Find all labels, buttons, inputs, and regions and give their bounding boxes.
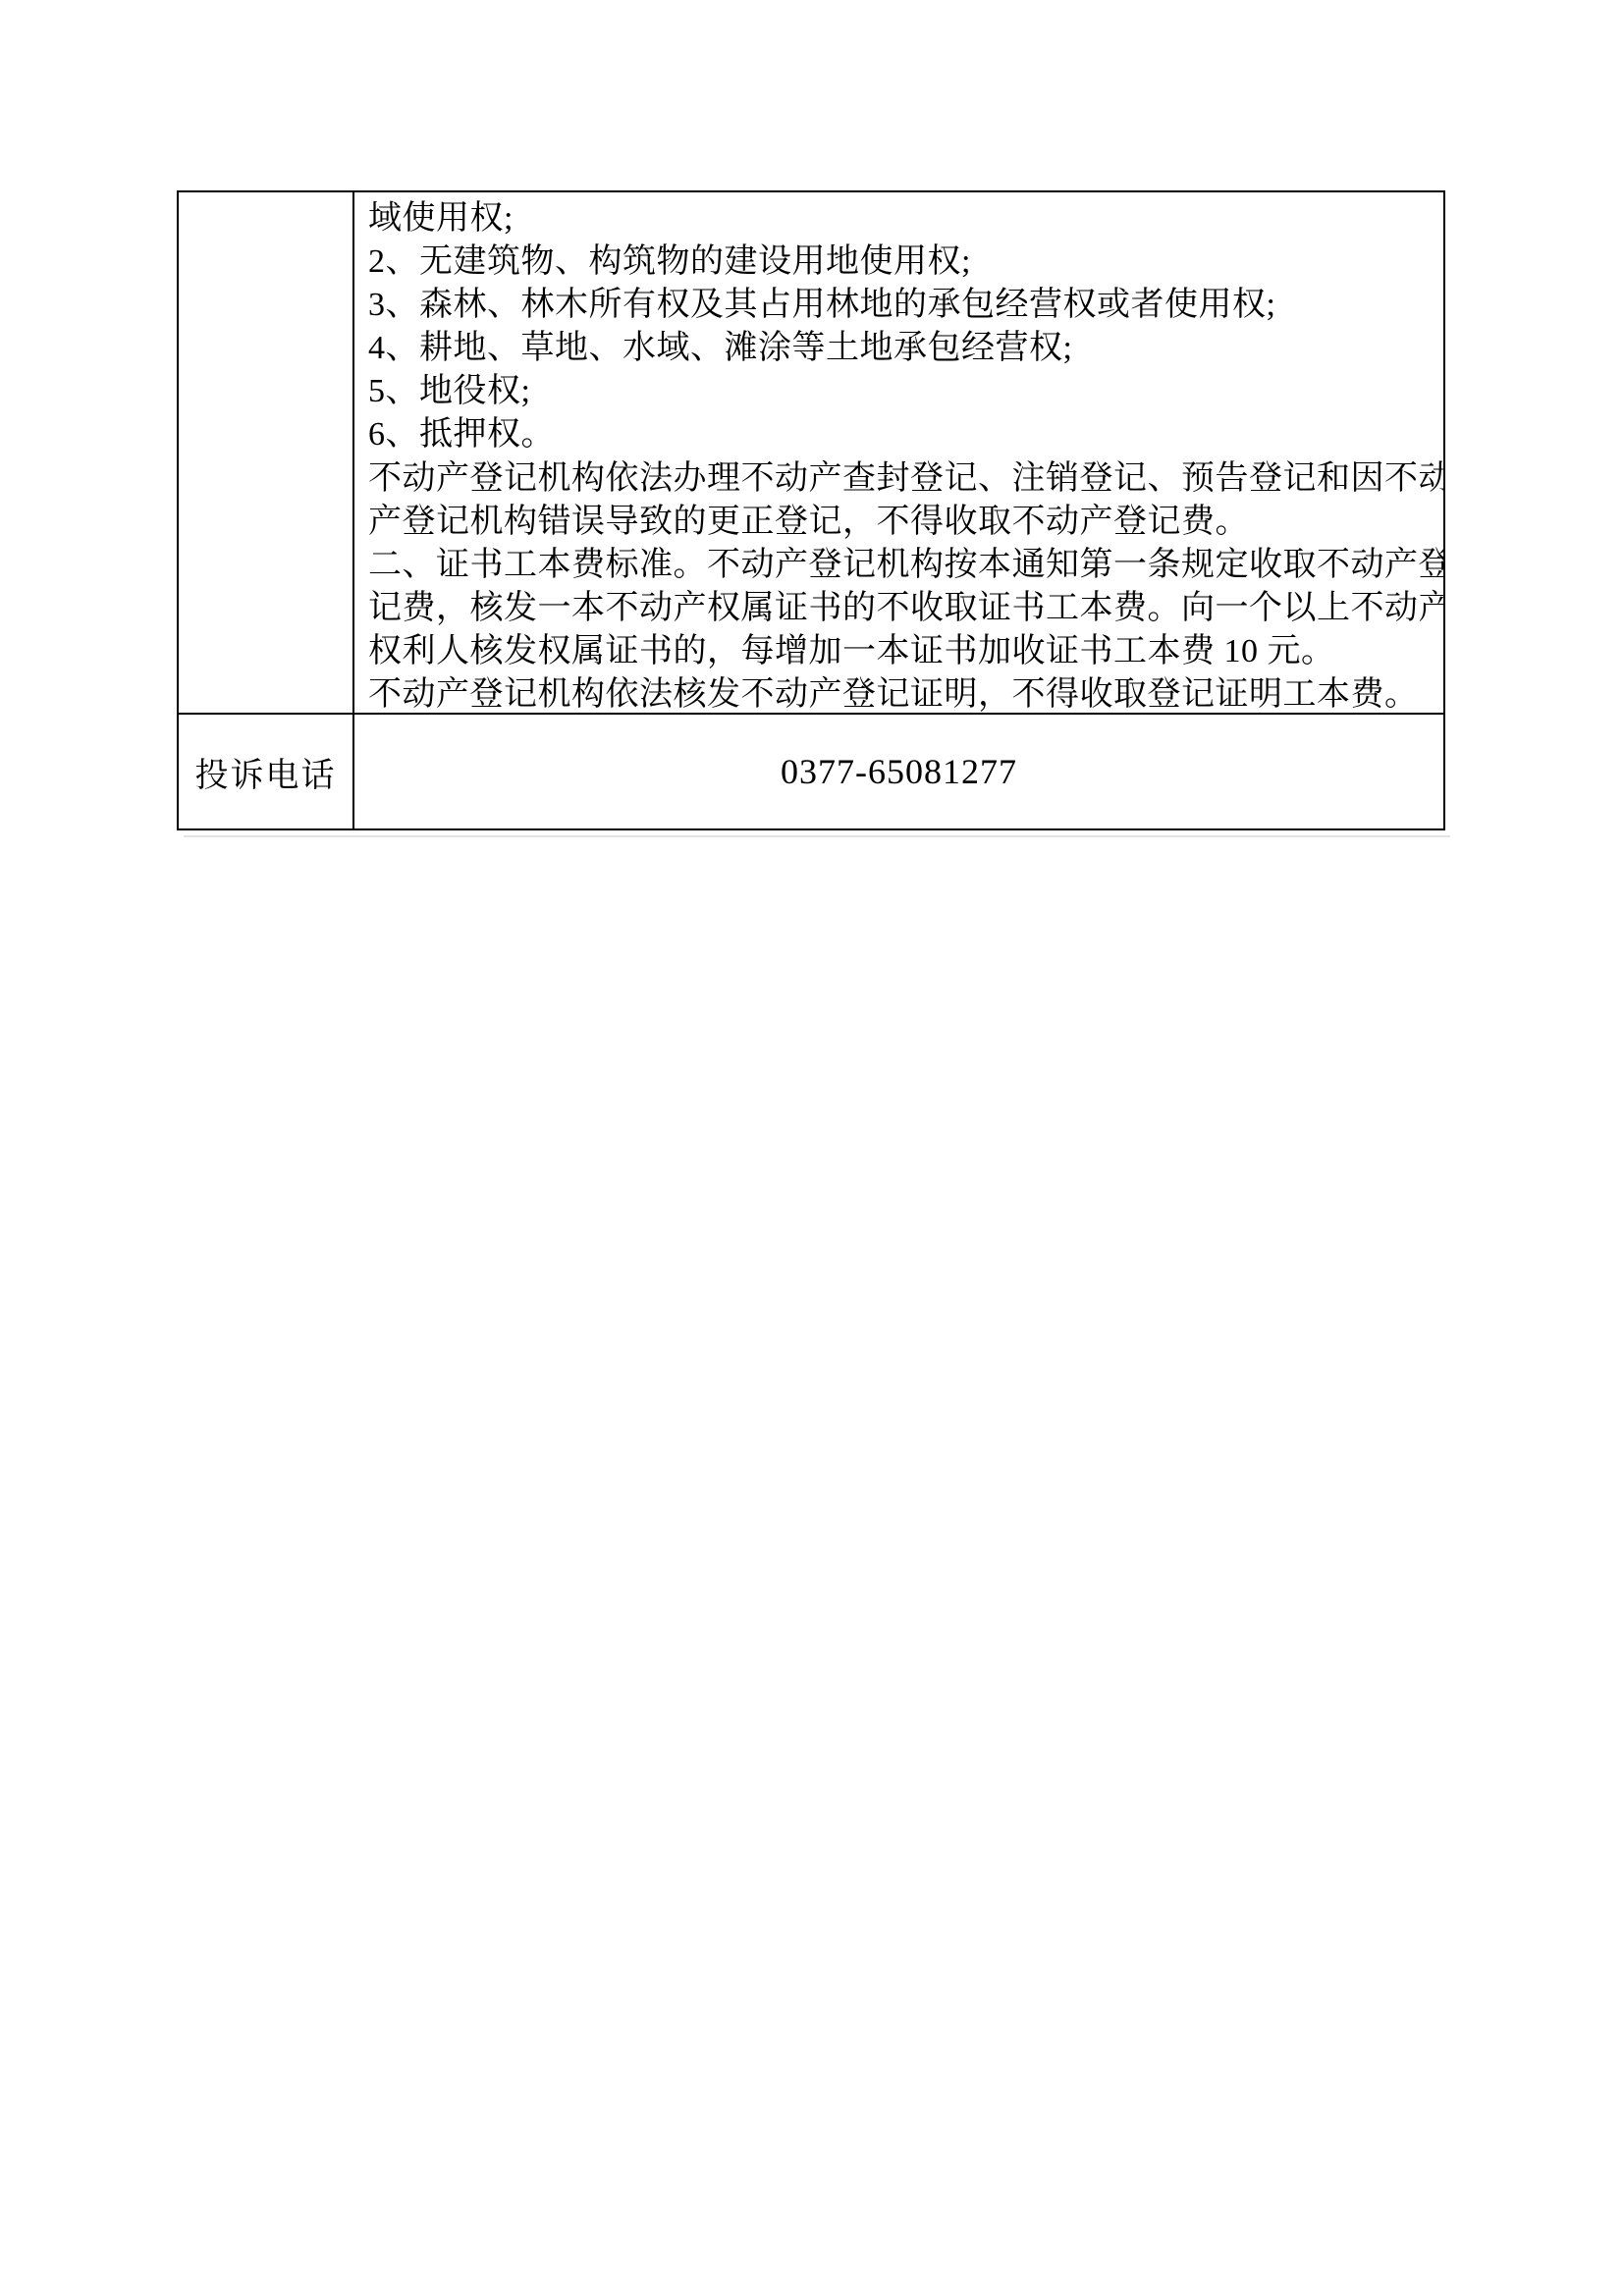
fee-text-line: 不动产登记机构依法核发不动产登记证明，不得收取登记证明工本费。: [368, 673, 1434, 715]
fee-text-line: 3、森林、林木所有权及其占用林地的承包经营权或者使用权;: [368, 284, 1434, 327]
fee-text-line: 6、抵押权。: [368, 413, 1434, 456]
table-cell-empty-label: [179, 192, 354, 715]
complaint-phone-value-cell: 0377-65081277: [354, 715, 1443, 828]
fee-schedule-table: 域使用权; 2、无建筑物、构筑物的建设用地使用权; 3、森林、林木所有权及其占用…: [177, 190, 1445, 830]
fee-text-line: 产登记机构错误导致的更正登记，不得收取不动产登记费。: [368, 501, 1434, 544]
fee-text-line: 5、地役权;: [368, 370, 1434, 413]
fee-text-line: 二、证书工本费标准。不动产登记机构按本通知第一条规定收取不动产登: [368, 544, 1434, 587]
fee-text-line: 权利人核发权属证书的，每增加一本证书加收证书工本费 10 元。: [368, 630, 1434, 673]
table-bottom-shadow: [184, 835, 1450, 837]
complaint-phone-label-cell: 投诉电话: [179, 715, 354, 828]
complaint-phone-number: 0377-65081277: [781, 751, 1017, 792]
complaint-phone-label: 投诉电话: [195, 748, 337, 796]
fee-text-line: 4、耕地、草地、水域、滩涂等土地承包经营权;: [368, 327, 1434, 370]
fee-text-line: 2、无建筑物、构筑物的建设用地使用权;: [368, 240, 1434, 284]
fee-text-line: 不动产登记机构依法办理不动产查封登记、注销登记、预告登记和因不动: [368, 457, 1434, 501]
fee-text-line: 记费，核发一本不动产权属证书的不收取证书工本费。向一个以上不动产: [368, 587, 1434, 630]
table-cell-fee-details: 域使用权; 2、无建筑物、构筑物的建设用地使用权; 3、森林、林木所有权及其占用…: [354, 192, 1443, 715]
document-page: { "page": { "background_color": "#ffffff…: [0, 0, 1624, 2296]
fee-text-line: 域使用权;: [368, 197, 1434, 240]
